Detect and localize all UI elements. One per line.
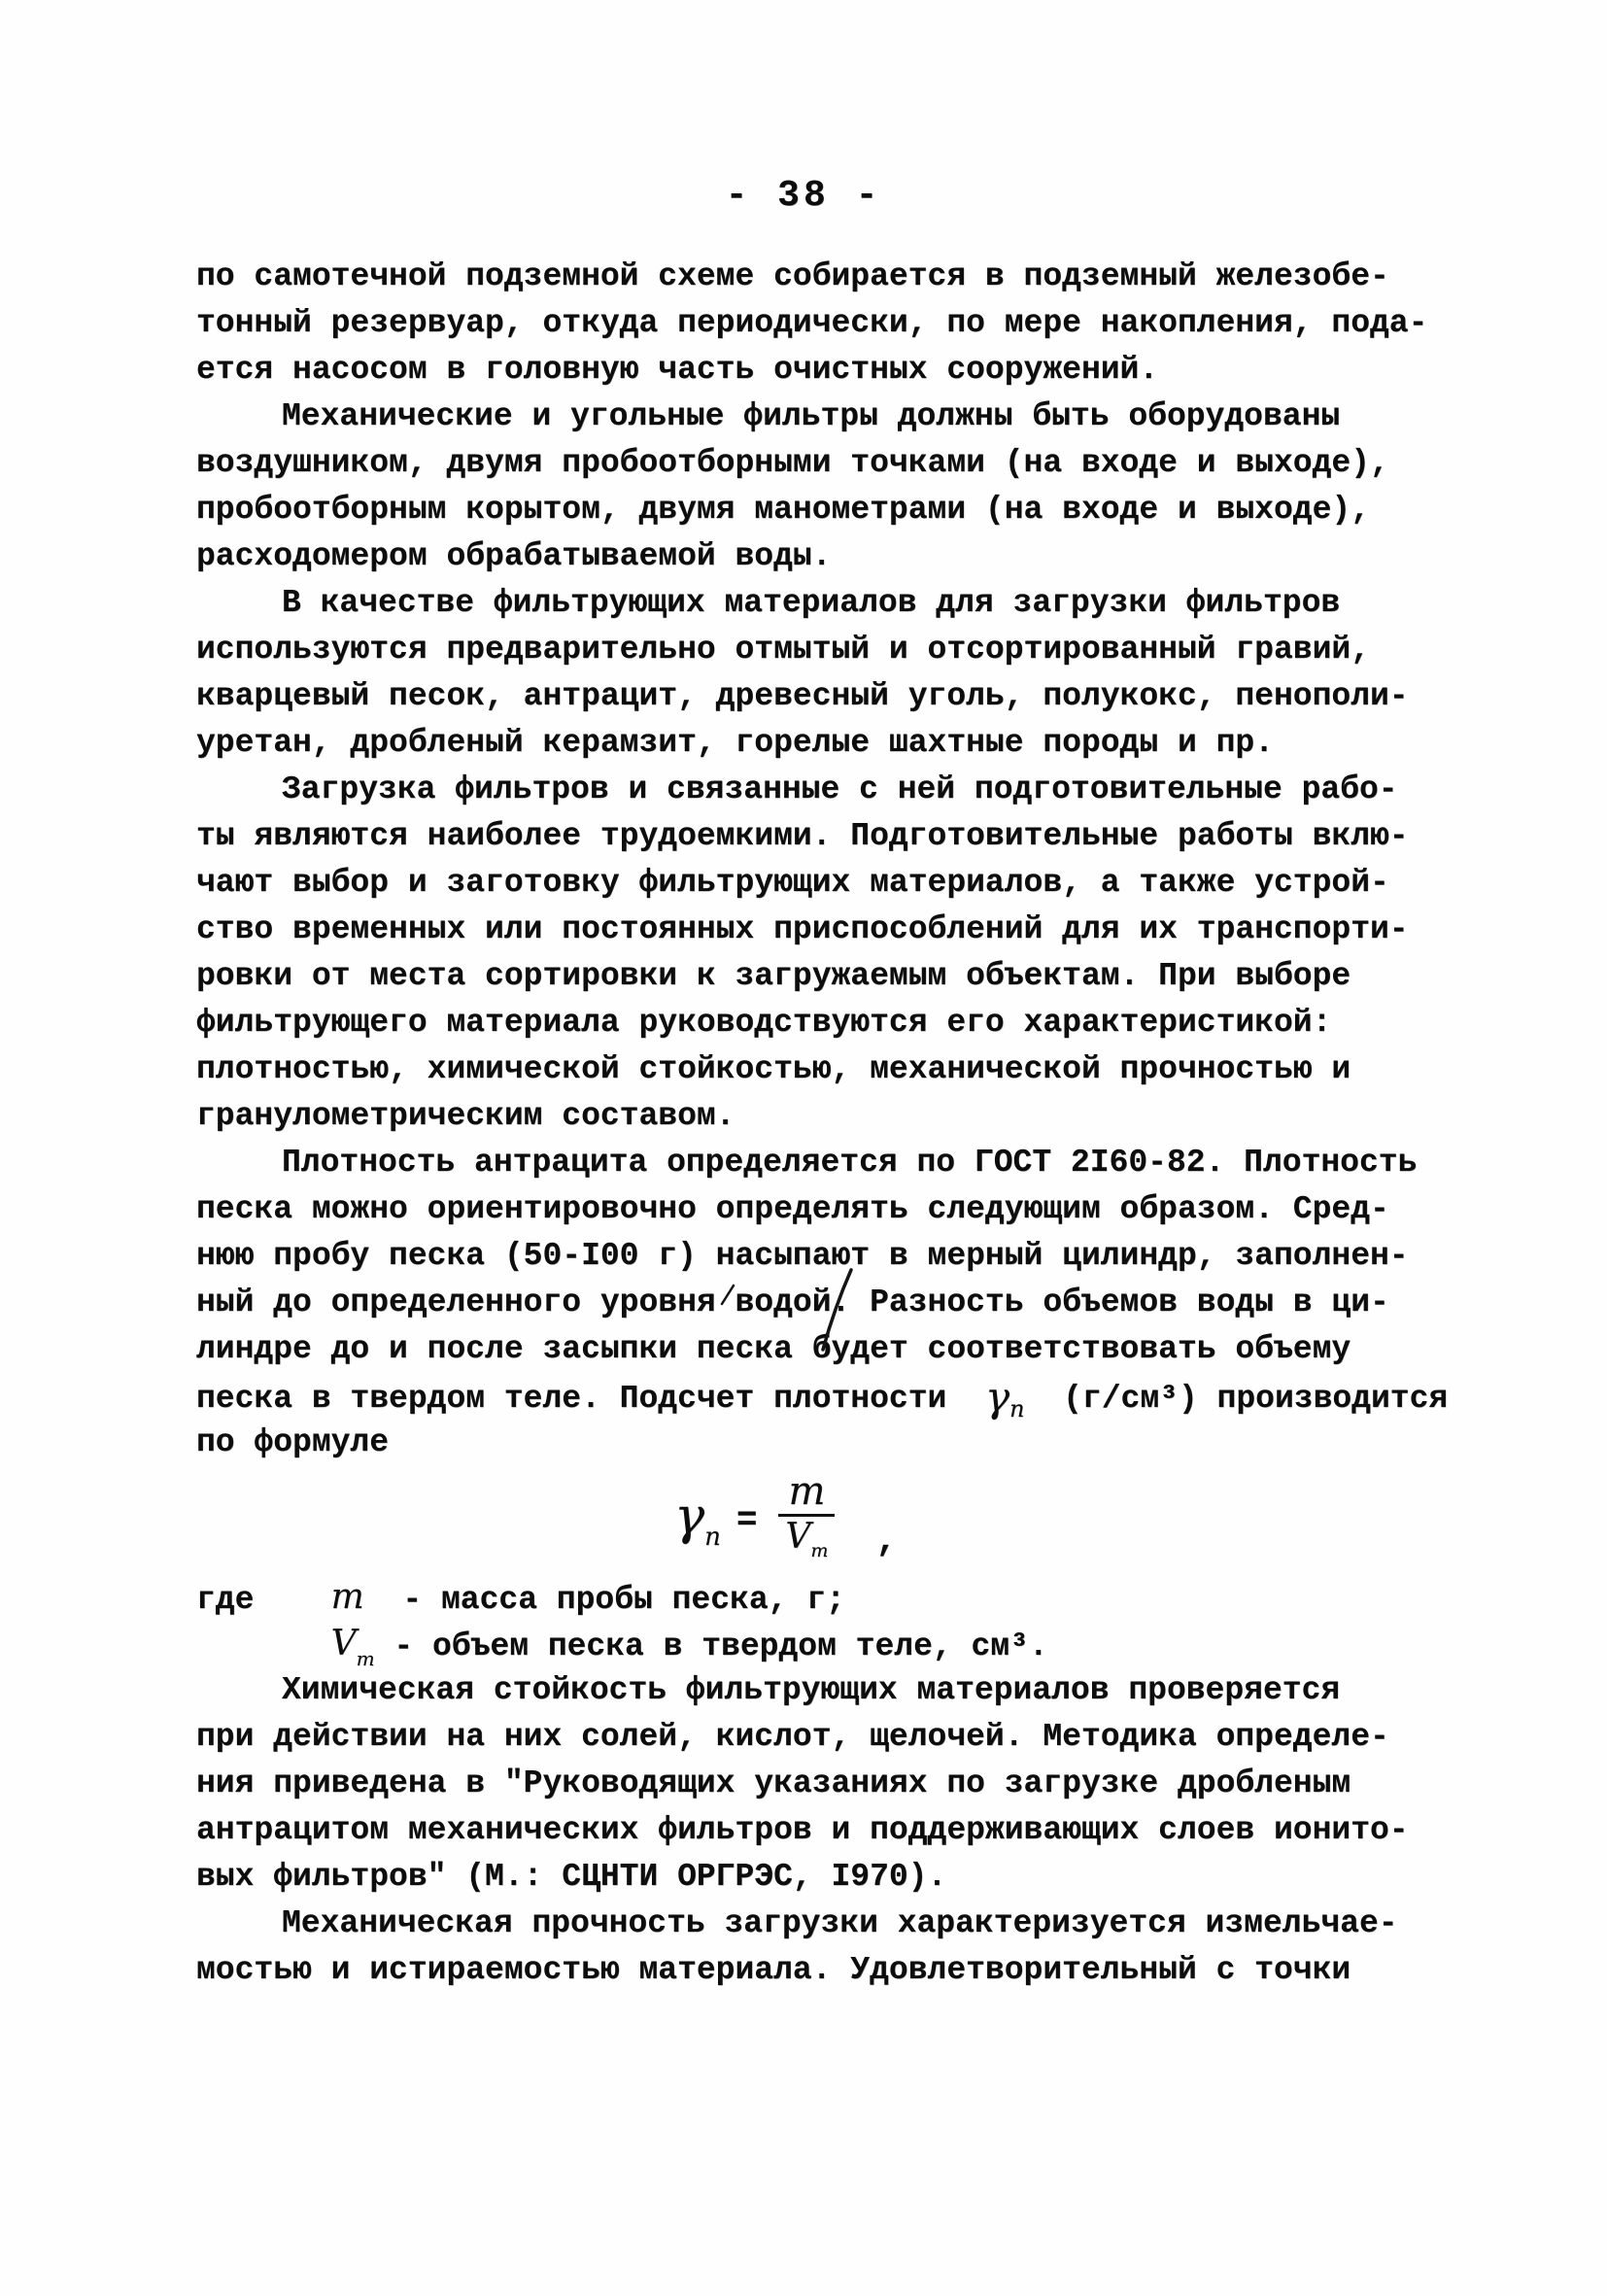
text-line: расходомером обрабатываемой воды. [196, 533, 1532, 580]
where-line-mass: где m - масса пробы песка, г; [196, 1574, 1532, 1621]
text-line: кварцевый песок, антрацит, древесный уго… [196, 673, 1532, 720]
text-line: ный до определенного уровня водой. Разно… [196, 1280, 1532, 1326]
document-body: по самотечной подземной схеме собирается… [196, 254, 1532, 1994]
gamma-glyph: γ [674, 1488, 704, 1546]
denominator-glyph: V [785, 1517, 810, 1557]
text-line: ется насосом в головную часть очистных с… [196, 347, 1532, 394]
text-line: Механическая прочность загрузки характер… [196, 1901, 1532, 1947]
formula-denominator-subscript: т [810, 1540, 828, 1561]
text-line: гранулометрическим составом. [196, 1093, 1532, 1140]
paragraph-2: Механические и угольные фильтры должны б… [196, 394, 1532, 580]
paragraph-7: Механическая прочность загрузки характер… [196, 1901, 1532, 1994]
text-line: используются предварительно отмытый и от… [196, 627, 1532, 673]
text-line: плотностью, химической стойкостью, механ… [196, 1046, 1532, 1093]
variable-m: m [331, 1577, 364, 1617]
formula-gamma-subscript: п [704, 1523, 721, 1552]
text-line: фильтрующего материала руководствуются е… [196, 1000, 1532, 1046]
text-line: чают выбор и заготовку фильтрующих матер… [196, 860, 1532, 907]
paragraph-1: по самотечной подземной схеме собирается… [196, 254, 1532, 394]
formula-numerator: m [788, 1472, 825, 1511]
text-line: Химическая стойкость фильтрующих материа… [196, 1667, 1532, 1714]
text-line-with-gamma: песка в твердом теле. Подсчет плотности … [196, 1373, 1532, 1420]
text-line: вых фильтров" (М.: СЦНТИ ОРГРЭС, I970). [196, 1854, 1532, 1901]
text-line: ровки от места сортировки к загружаемым … [196, 953, 1532, 1000]
text-segment: где [196, 1582, 331, 1618]
variable-v: V [331, 1624, 357, 1663]
paragraph-4: Загрузка фильтров и связанные с ней подг… [196, 767, 1532, 1140]
text-line: пробоотборным корытом, двумя манометрами… [196, 487, 1532, 533]
paragraph-6: Химическая стойкость фильтрующих материа… [196, 1667, 1532, 1901]
formula-denominator: Vт [785, 1519, 828, 1569]
where-line-volume: Vт - объем песка в твердом теле, см³. [196, 1621, 1532, 1667]
text-line: уретан, дробленый керамзит, горелые шахт… [196, 720, 1532, 767]
text-line: Загрузка фильтров и связанные с ней подг… [196, 767, 1532, 813]
text-line: тонный резервуар, откуда периодически, п… [196, 300, 1532, 347]
formula: γп = m Vт , [196, 1466, 1532, 1574]
paragraph-3: В качестве фильтрующих материалов для за… [196, 580, 1532, 767]
text-segment: (г/см³) производится [1025, 1381, 1449, 1417]
text-line: Механические и угольные фильтры должны б… [196, 394, 1532, 440]
gamma-symbol: γ [985, 1373, 1009, 1421]
text-line: песка можно ориентировочно определять сл… [196, 1186, 1532, 1233]
text-line: линдре до и после засыпки песка будет со… [196, 1326, 1532, 1373]
formula-comma: , [875, 1524, 897, 1559]
where-clause: где m - масса пробы песка, г; Vт - объем… [196, 1574, 1532, 1667]
text-line: по формуле [196, 1420, 1532, 1466]
text-segment: - объем песка в твердом теле, см³. [375, 1628, 1048, 1664]
text-line: при действии на них солей, кислот, щелоч… [196, 1714, 1532, 1761]
paragraph-5: Плотность антрацита определяется по ГОСТ… [196, 1140, 1532, 1466]
document-page: - 38 - по самотечной подземной схеме соб… [0, 0, 1607, 2296]
text-segment: - масса пробы песка, г; [364, 1582, 845, 1618]
text-line: по самотечной подземной схеме собирается… [196, 254, 1532, 300]
text-line: антрацитом механических фильтров и подде… [196, 1807, 1532, 1854]
text-segment: песка в твердом теле. Подсчет плотности [196, 1381, 985, 1417]
text-line: ния приведена в "Руководящих указаниях п… [196, 1761, 1532, 1807]
text-segment [196, 1628, 331, 1664]
formula-gamma-symbol: γп [674, 1491, 721, 1550]
text-line: Плотность антрацита определяется по ГОСТ… [196, 1140, 1532, 1186]
text-line: В качестве фильтрующих материалов для за… [196, 580, 1532, 627]
page-number: - 38 - [0, 175, 1607, 217]
text-line: нюю пробу песка (50-I00 г) насыпают в ме… [196, 1233, 1532, 1280]
formula-fraction: m Vт [778, 1472, 835, 1569]
text-line: мостью и истираемостью материала. Удовле… [196, 1947, 1532, 1994]
text-line: ты являются наиболее трудоемкими. Подгот… [196, 813, 1532, 860]
formula-equals-sign: = [736, 1503, 758, 1538]
text-line: ство временных или постоянных приспособл… [196, 907, 1532, 953]
gamma-subscript: п [1009, 1395, 1024, 1422]
text-line: воздушником, двумя пробоотборными точкам… [196, 440, 1532, 487]
